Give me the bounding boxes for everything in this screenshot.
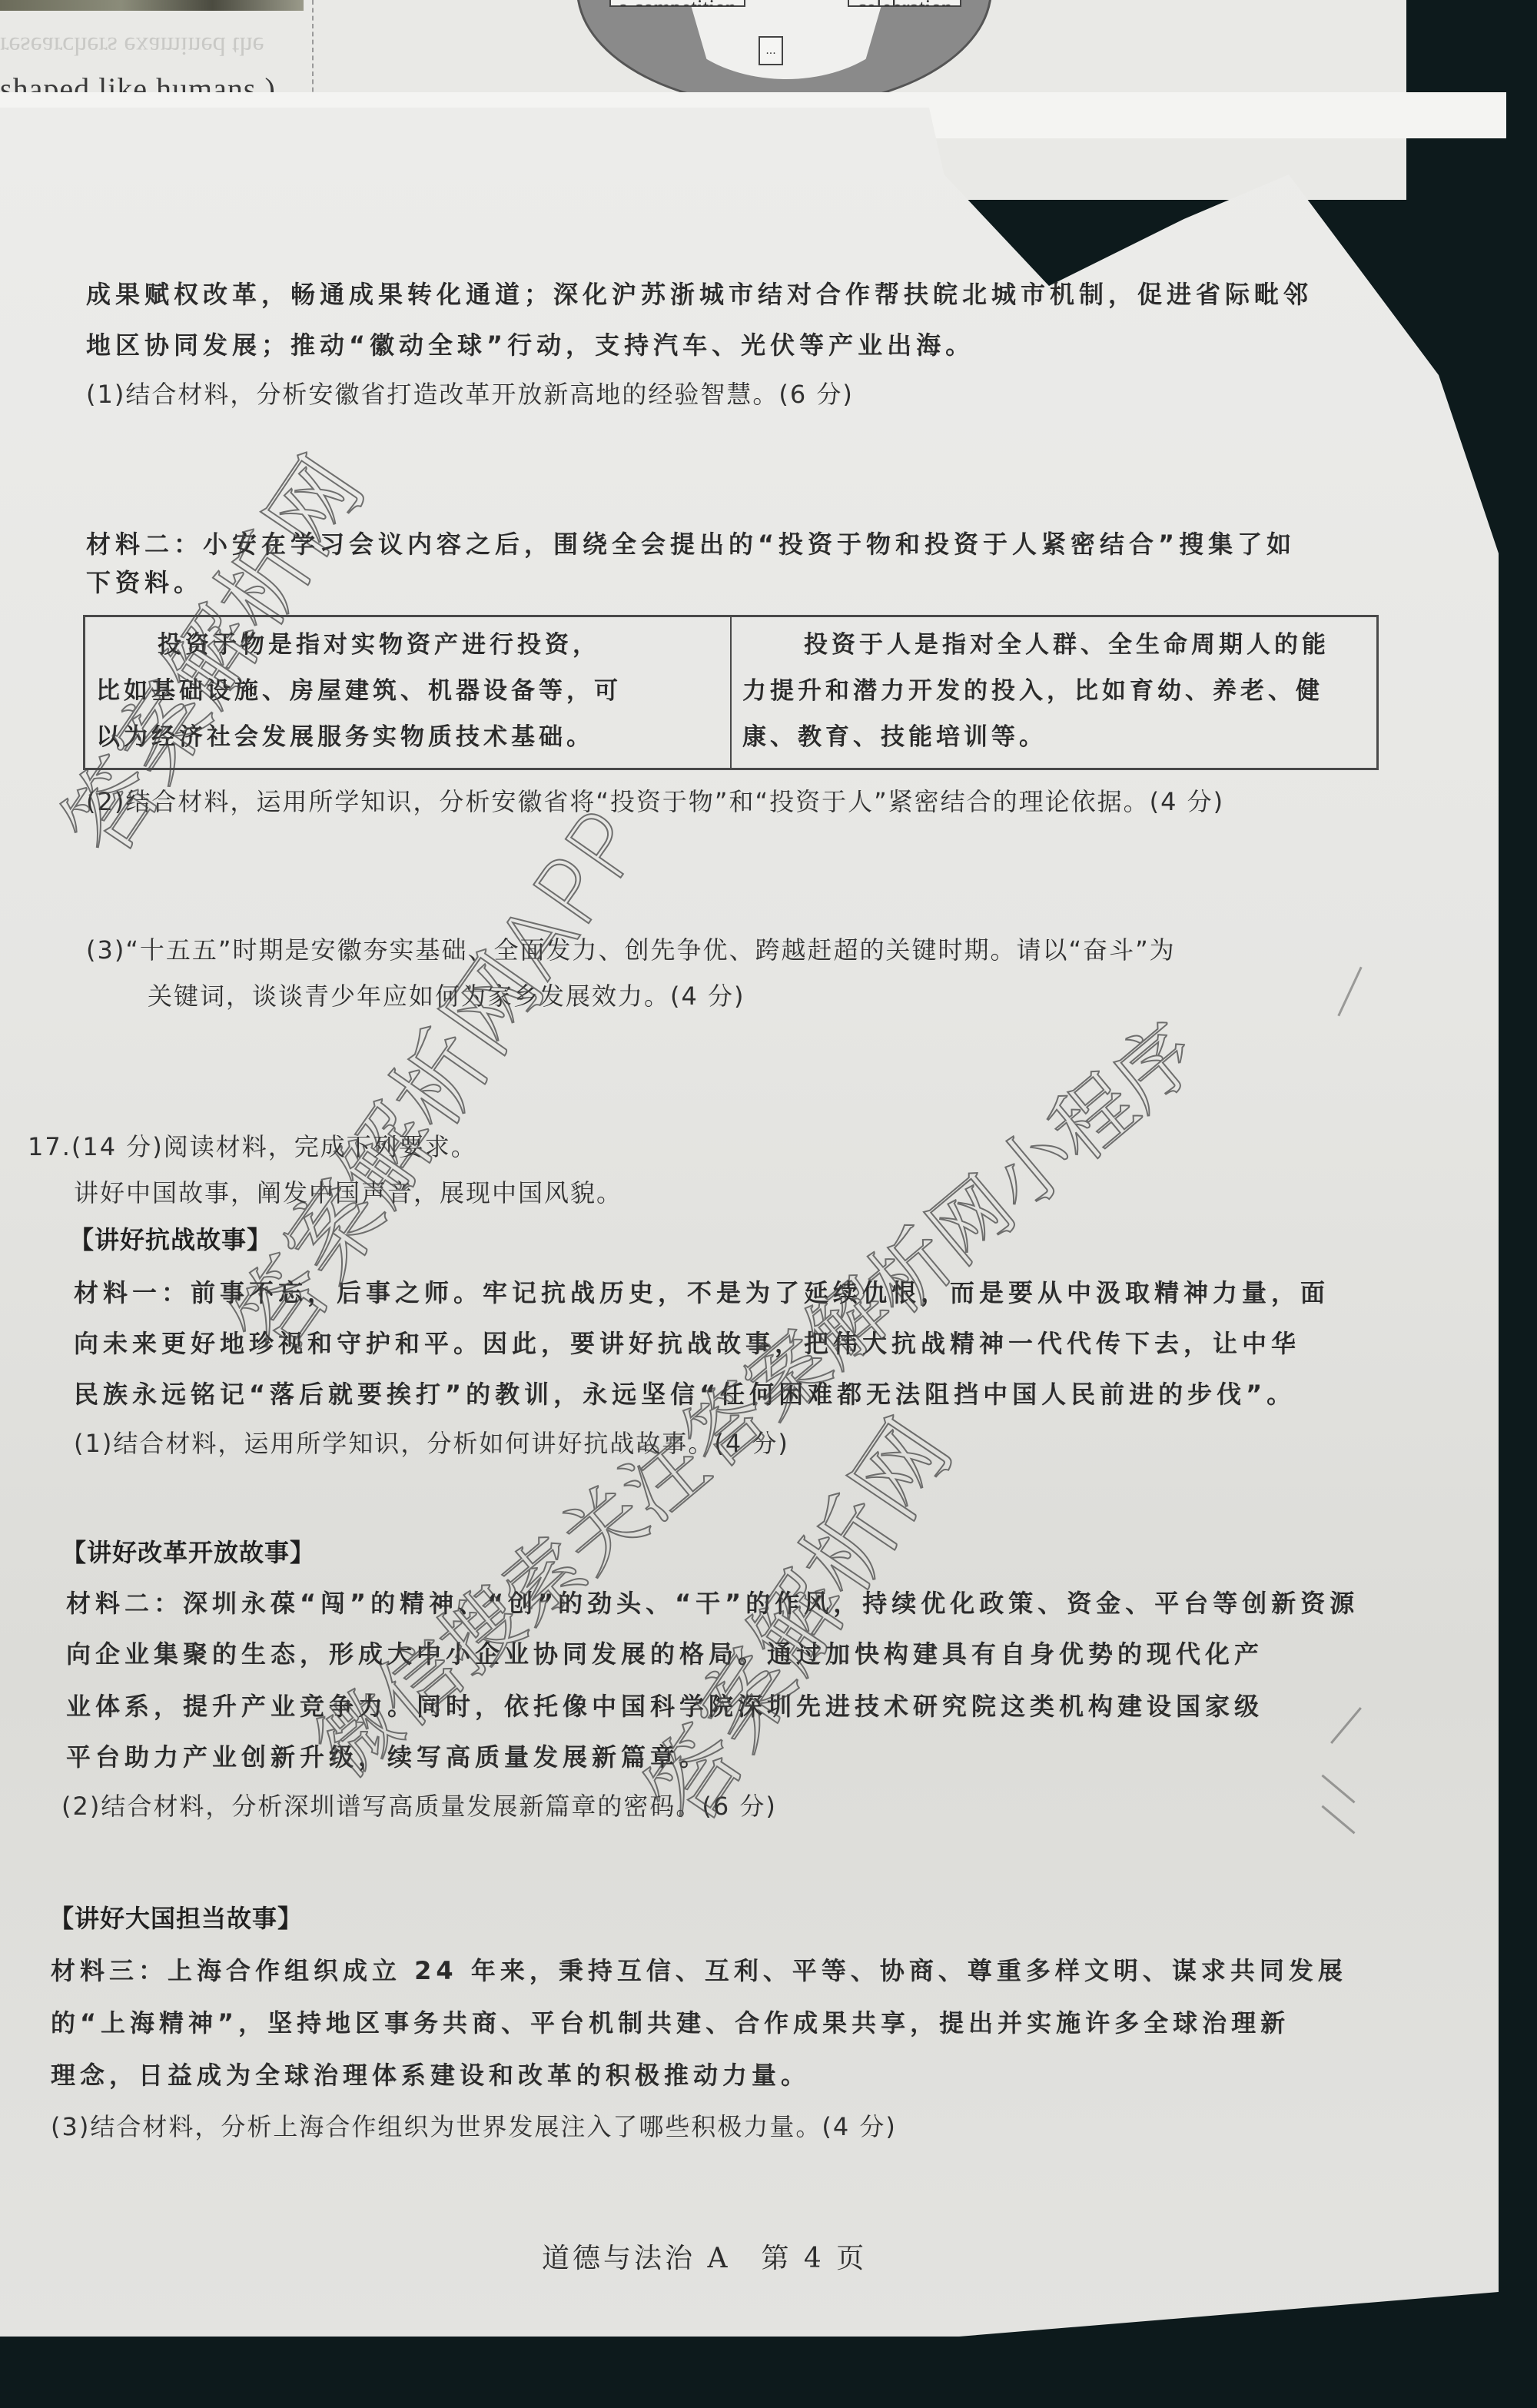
q16-question-1: (1)结合材料，分析安徽省打造改革开放新高地的经验智慧。(6 分) bbox=[86, 379, 854, 410]
table-cell-invest-in-things: 投资于物是指对实物资产进行投资， 比如基础设施、房屋建筑、机器设备等，可 以为经… bbox=[85, 617, 730, 768]
diagram-label-competition: a competition bbox=[609, 0, 745, 7]
table-cell-invest-in-people: 投资于人是指对全人群、全生命周期人的能 力提升和潜力开发的投入，比如育幼、养老、… bbox=[730, 617, 1376, 768]
background-faint-line: researchers examined the bbox=[0, 31, 264, 60]
background-photo-strip bbox=[0, 0, 304, 11]
investment-comparison-table: 投资于物是指对实物资产进行投资， 比如基础设施、房屋建筑、机器设备等，可 以为经… bbox=[83, 615, 1379, 770]
q17-intro: 讲好中国故事，阐发中国声音，展现中国风貌。 bbox=[74, 1177, 622, 1208]
q17-header: 17.(14 分)阅读材料，完成下列要求。 bbox=[28, 1131, 477, 1162]
section-title-war-story: 【讲好抗战故事】 bbox=[69, 1224, 272, 1255]
section-title-reform-story: 【讲好改革开放故事】 bbox=[61, 1537, 315, 1568]
q17-question-3: (3)结合材料，分析上海合作组织为世界发展注入了哪些积极力量。(4 分) bbox=[51, 2111, 897, 2142]
q17-question-1: (1)结合材料，运用所学知识，分析如何讲好抗战故事。(4 分) bbox=[74, 1428, 789, 1459]
section-title-major-power-story: 【讲好大国担当故事】 bbox=[49, 1903, 303, 1934]
exam-sheet bbox=[0, 108, 1499, 2337]
page-footer: 道德与法治 A 第 4 页 bbox=[542, 2237, 867, 2276]
background-dashed-divider bbox=[312, 0, 314, 100]
diagram-label-ellipsis: ... bbox=[759, 36, 783, 65]
q16-question-2: (2)结合材料，运用所学知识，分析安徽省将“投资于物”和“投资于人”紧密结合的理… bbox=[86, 786, 1224, 817]
q17-question-2: (2)结合材料，分析深圳谱写高质量发展新篇章的密码。(6 分) bbox=[61, 1791, 777, 1822]
diagram-label-celebration: celebration bbox=[848, 0, 961, 7]
